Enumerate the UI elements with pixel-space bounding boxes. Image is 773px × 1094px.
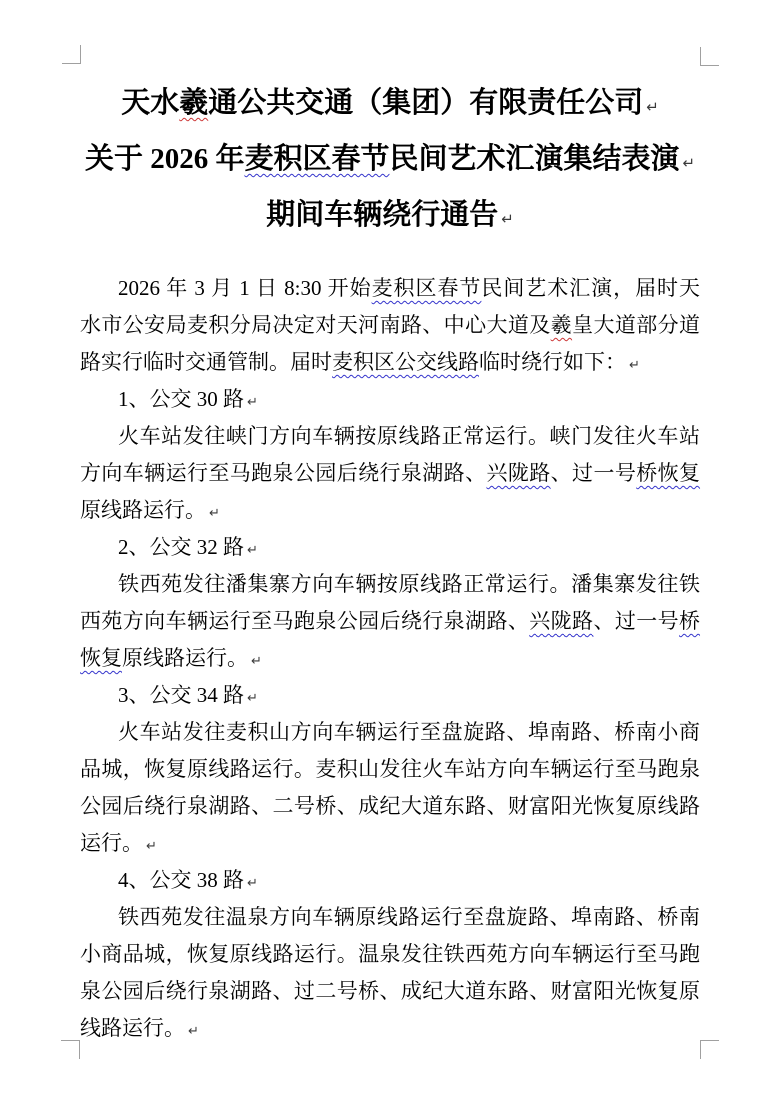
heading-line: 3、公交 34 路↵ [80,677,700,714]
text-run: 水市公安局麦积分局决定对天河南路、中心大道及 [80,313,551,337]
paragraph-line: 运行。↵ [80,825,700,862]
grammar-squiggle-run: 兴陇路 [486,461,550,485]
paragraph-mark-icon: ↵ [646,98,659,116]
title-line: 关于 2026 年麦积区春节民间艺术汇演集结表演↵ [80,133,700,189]
heading-line: 1、公交 30 路↵ [80,381,700,418]
paragraph-line: 火车站发往麦积山方向车辆运行至盘旋路、埠南路、桥南小商 [80,714,700,751]
paragraph-mark-icon: ↵ [209,506,220,521]
text-run: 天水 [121,87,179,119]
paragraph-line: 2026 年 3 月 1 日 8:30 开始麦积区春节民间艺术汇演，届时天 [80,270,700,307]
grammar-squiggle-run: 麦积区春节 [372,276,482,300]
grammar-squiggle-run: 麦积区公交线路 [332,350,479,374]
paragraph-line: 小商品城，恢复原线路运行。温泉发往铁西苑方向车辆运行至马跑 [80,936,700,973]
paragraph-line: 恢复原线路运行。↵ [80,640,700,677]
paragraph-mark-icon: ↵ [247,395,258,410]
text-run: 路实行临时交通管制。届时 [80,350,332,374]
text-run: 小商品城，恢复原线路运行。温泉发往铁西苑方向车辆运行至马跑 [80,942,700,966]
text-run: 、过一号 [593,609,679,633]
paragraph-line: 西苑方向车辆运行至马跑泉公园后绕行泉湖路、兴陇路、过一号桥 [80,603,700,640]
paragraph-line: 公园后绕行泉湖路、二号桥、成纪大道东路、财富阳光恢复原线路 [80,788,700,825]
paragraph-line: 线路运行。↵ [80,1010,700,1047]
text-run: 、过一号 [551,461,637,485]
paragraph-mark-icon: ↵ [146,839,157,854]
text-run: 线路运行。 [80,1016,185,1040]
text-boundary-mark-bottom-left-icon [61,1040,80,1059]
text-boundary-mark-bottom-right-icon [700,1040,719,1059]
text-run: 方向车辆运行至马跑泉公园后绕行泉湖路、 [80,461,486,485]
grammar-squiggle-run: 麦积区春节 [244,143,389,175]
title-line: 天水羲通公共交通（集团）有限责任公司↵ [80,77,700,133]
text-run: 临时绕行如下： [479,350,626,374]
text-run: 原线路运行。 [80,498,206,522]
paragraph-mark-icon: ↵ [247,876,258,891]
text-area: 天水羲通公共交通（集团）有限责任公司↵关于 2026 年麦积区春节民间艺术汇演集… [80,65,700,1047]
paragraph-mark-icon: ↵ [247,691,258,706]
paragraph-mark-icon: ↵ [188,1024,199,1039]
document-page: 天水羲通公共交通（集团）有限责任公司↵关于 2026 年麦积区春节民间艺术汇演集… [0,0,773,1094]
paragraph-line: 方向车辆运行至马跑泉公园后绕行泉湖路、兴陇路、过一号桥恢复 [80,455,700,492]
text-run: 通公共交通（集团）有限责任公司 [208,87,643,119]
spelling-squiggle-run: 羲 [551,313,572,337]
text-run: 品城，恢复原线路运行。麦积山发往火车站方向车辆运行至马跑泉 [80,757,700,781]
title-line: 期间车辆绕行通告↵ [80,189,700,245]
text-run: 西苑方向车辆运行至马跑泉公园后绕行泉湖路、 [80,609,529,633]
text-run: 期间车辆绕行通告 [266,199,498,231]
text-run: 火车站发往峡门方向车辆按原线路正常运行。峡门发往火车站 [118,424,700,448]
paragraph-line: 原线路运行。↵ [80,492,700,529]
text-run: 铁西苑发往温泉方向车辆原线路运行至盘旋路、埠南路、桥南 [118,905,700,929]
text-run: 民间艺术汇演，届时天 [481,276,700,300]
paragraph-mark-icon: ↵ [251,654,262,669]
paragraph-mark-icon: ↵ [629,358,640,373]
spelling-squiggle-run: 羲 [179,87,208,119]
grammar-squiggle-run: 恢复 [80,646,122,670]
paragraph-line: 品城，恢复原线路运行。麦积山发往火车站方向车辆运行至马跑泉 [80,751,700,788]
text-run: 民间艺术汇演集结表演 [389,143,679,175]
paragraph-mark-icon: ↵ [247,543,258,558]
paragraph-line: 铁西苑发往温泉方向车辆原线路运行至盘旋路、埠南路、桥南 [80,899,700,936]
text-run: 2、公交 32 路 [118,535,244,559]
text-run: 关于 2026 年 [85,143,245,175]
paragraph-line: 铁西苑发往潘集寨方向车辆按原线路正常运行。潘集寨发往铁 [80,566,700,603]
heading-line: 4、公交 38 路↵ [80,862,700,899]
paragraph-mark-icon: ↵ [682,154,695,172]
text-run: 铁西苑发往潘集寨方向车辆按原线路正常运行。潘集寨发往铁 [118,572,700,596]
document-body: 2026 年 3 月 1 日 8:30 开始麦积区春节民间艺术汇演，届时天水市公… [80,270,700,1047]
text-run: 1、公交 30 路 [118,387,244,411]
text-run: 泉公园后绕行泉湖路、过二号桥、成纪大道东路、财富阳光恢复原 [80,979,700,1003]
text-run: 3、公交 34 路 [118,683,244,707]
paragraph-mark-icon: ↵ [501,210,514,228]
text-boundary-mark-top-left-icon [62,45,81,64]
paragraph-line: 路实行临时交通管制。届时麦积区公交线路临时绕行如下：↵ [80,344,700,381]
grammar-squiggle-run: 兴陇路 [529,609,593,633]
text-run: 4、公交 38 路 [118,868,244,892]
text-boundary-mark-top-right-icon [700,47,719,66]
text-run: 运行。 [80,831,143,855]
text-run: 公园后绕行泉湖路、二号桥、成纪大道东路、财富阳光恢复原线路 [80,794,700,818]
text-run: 2026 年 3 月 1 日 8:30 开始 [118,276,372,300]
paragraph-line: 火车站发往峡门方向车辆按原线路正常运行。峡门发往火车站 [80,418,700,455]
document-title: 天水羲通公共交通（集团）有限责任公司↵关于 2026 年麦积区春节民间艺术汇演集… [80,77,700,245]
text-run: 火车站发往麦积山方向车辆运行至盘旋路、埠南路、桥南小商 [118,720,700,744]
paragraph-line: 水市公安局麦积分局决定对天河南路、中心大道及羲皇大道部分道 [80,307,700,344]
grammar-squiggle-run: 桥 [679,609,700,633]
grammar-squiggle-run: 桥恢复 [636,461,700,485]
heading-line: 2、公交 32 路↵ [80,529,700,566]
paragraph-line: 泉公园后绕行泉湖路、过二号桥、成纪大道东路、财富阳光恢复原 [80,973,700,1010]
text-run: 原线路运行。 [122,646,248,670]
text-run: 皇大道部分道 [572,313,700,337]
